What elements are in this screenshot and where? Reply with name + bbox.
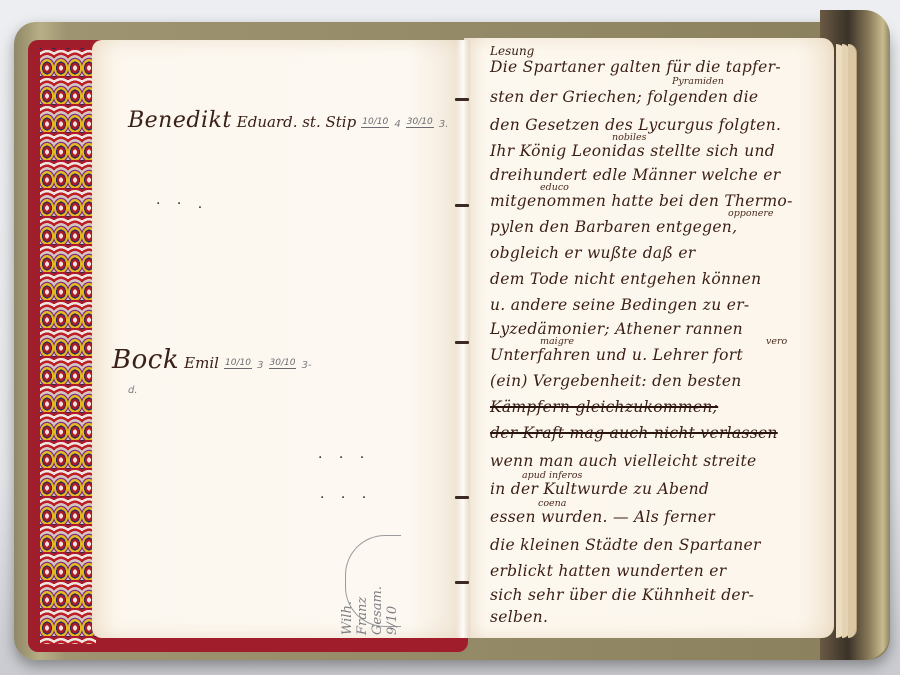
text-line: obgleich er wußte daß er xyxy=(490,244,696,262)
binding-stitch xyxy=(455,496,469,499)
entry-name: Benedikt xyxy=(128,108,232,133)
interlinear-gloss: Pyramiden xyxy=(672,76,724,87)
grade-mark: 4 xyxy=(394,119,400,130)
binding-stitch xyxy=(455,581,469,584)
text-line: dem Tode nicht entgehen können xyxy=(490,270,761,288)
text-line: Lyzedämonier; Athener rannen xyxy=(490,320,743,338)
grade-mark: 3. xyxy=(439,119,449,130)
entry-details: Eduard. st. Stip xyxy=(237,113,356,131)
grade-fraction: 10/10 xyxy=(224,359,252,369)
gutter xyxy=(456,40,470,638)
entry-benedikt: Benedikt Eduard. st. Stip 10/10 4 30/10 … xyxy=(128,108,448,133)
entry-name: Bock xyxy=(112,345,179,375)
ink-dots: · · . xyxy=(156,196,208,212)
text-line: sich sehr über die Kühnheit der- xyxy=(490,586,754,604)
binding-stitch xyxy=(455,341,469,344)
entry-details: Emil xyxy=(184,354,219,372)
text-line: die kleinen Städte den Spartaner xyxy=(490,536,761,554)
text-line-struck: Kämpfern gleichzukommen; xyxy=(490,398,718,416)
grade-fraction: 30/10 xyxy=(406,118,434,128)
text-line: in der Kultwurde zu Abend xyxy=(490,480,709,498)
text-line: sten der Griechen; folgenden die xyxy=(490,88,758,106)
page-stack-edge xyxy=(848,44,857,638)
grade-fraction: 30/10 xyxy=(269,359,297,369)
interlinear-gloss: nobiles xyxy=(612,132,647,143)
grade-fraction: 10/10 xyxy=(361,118,389,128)
text-line-struck: der Kraft mag auch nicht verlassen xyxy=(490,424,778,442)
interlinear-gloss: coena xyxy=(538,498,566,509)
pencil-rotated-note: Wilh. Franz Gesam. 9/10 xyxy=(340,535,430,635)
text-line: essen wurden. — Als ferner xyxy=(490,508,715,526)
text-line: Unterfahren und u. Lehrer fort xyxy=(490,346,743,364)
ink-dots: · · · xyxy=(320,490,372,506)
interlinear-gloss: vero xyxy=(766,336,787,347)
text-line: erblickt hatten wunderten er xyxy=(490,562,726,580)
entry-bock: Bock Emil 10/10 3 30/10 3- xyxy=(112,345,312,375)
ink-dots: · · · xyxy=(318,450,370,466)
page-heading: Lesung xyxy=(490,44,534,58)
interlinear-gloss: apud inferos xyxy=(522,470,582,481)
text-line: selben. xyxy=(490,608,548,626)
text-line: dreihundert edle Männer welche er xyxy=(490,166,780,184)
marbled-endpaper xyxy=(40,48,96,644)
text-line: Ihr König Leonidas stellte sich und xyxy=(490,142,775,160)
interlinear-gloss: maigre xyxy=(540,336,574,347)
interlinear-gloss: educo xyxy=(540,182,569,193)
text-line: u. andere seine Bedingen zu er- xyxy=(490,296,749,314)
text-line: (ein) Vergebenheit: den besten xyxy=(490,372,742,390)
interlinear-gloss: opponere xyxy=(728,208,774,219)
pencil-subnote: d. xyxy=(128,385,138,396)
binding-stitch xyxy=(455,204,469,207)
text-line: pylen den Barbaren entgegen, xyxy=(490,218,737,236)
binding-stitch xyxy=(455,98,469,101)
grade-mark: 3 xyxy=(257,360,263,371)
text-line: wenn man auch vielleicht streite xyxy=(490,452,756,470)
text-line: Die Spartaner galten für die tapfer- xyxy=(490,58,781,76)
grade-mark: 3- xyxy=(302,360,312,371)
